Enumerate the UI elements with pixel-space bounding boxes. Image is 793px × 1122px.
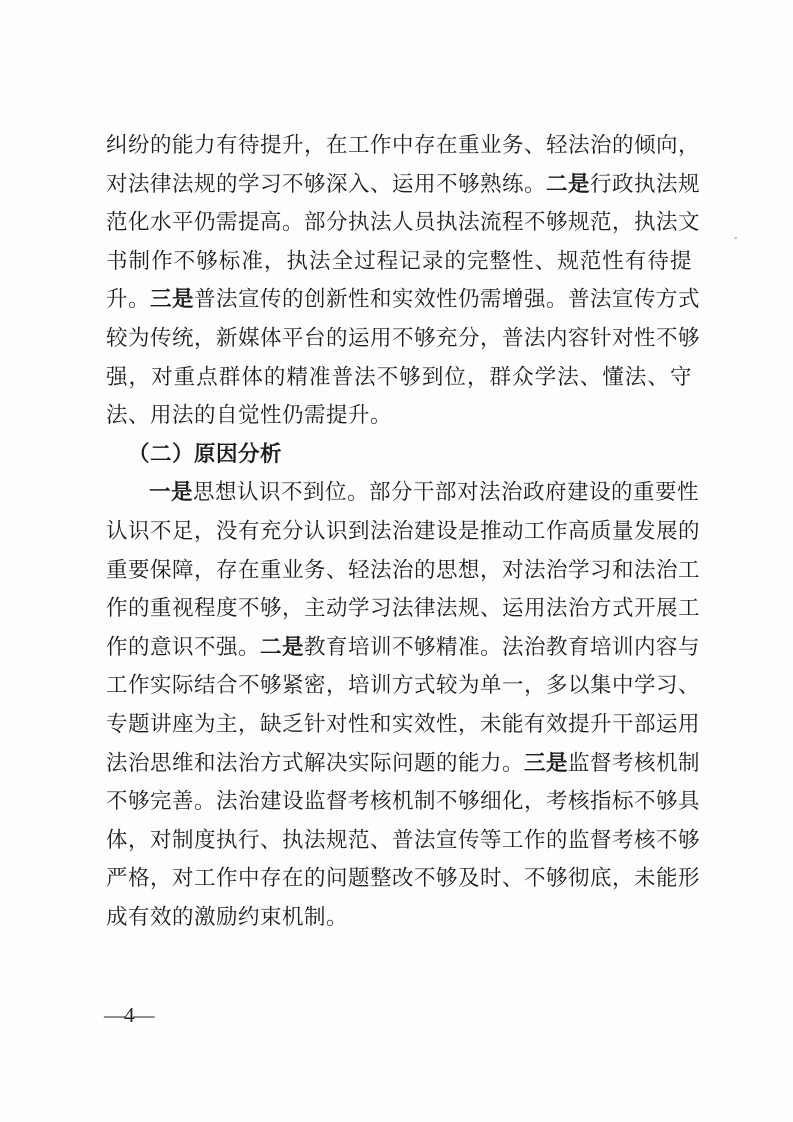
bold-lead-phrase: 三是 <box>150 287 194 312</box>
text-run: 书制作不够标准，执法全过程记录的完整性、规范性有待提 <box>106 249 692 274</box>
text-run: 教育培训不够精准。法治教育培训内容与 <box>304 635 700 660</box>
text-run: 法、用法的自觉性仍需提升。 <box>106 403 392 428</box>
text-run: 专题讲座为主，缺乏针对性和实效性，未能有效提升干部运用 <box>106 712 700 737</box>
text-line: 书制作不够标准，执法全过程记录的完整性、规范性有待提 <box>106 243 692 282</box>
text-run: 法治思维和法治方式解决实际问题的能力。 <box>106 751 524 776</box>
text-run: 作的重视程度不够，主动学习法律法规、运用法治方式开展工 <box>106 596 700 621</box>
bold-lead-phrase: 一是 <box>149 480 193 505</box>
text-run: 监督考核机制 <box>568 751 700 776</box>
text-run: 体，对制度执行、执法规范、普法宣传等工作的监督考核不够 <box>106 828 700 853</box>
text-line: 纠纷的能力有待提升，在工作中存在重业务、轻法治的倾向， <box>106 127 692 166</box>
document-page: 纠纷的能力有待提升，在工作中存在重业务、轻法治的倾向，对法律法规的学习不够深入、… <box>0 0 793 1122</box>
document-body: 纠纷的能力有待提升，在工作中存在重业务、轻法治的倾向，对法律法规的学习不够深入、… <box>106 127 692 937</box>
text-run: 重要保障，存在重业务、轻法治的思想，对法治学习和法治工 <box>106 558 700 583</box>
section-heading: （二）原因分析 <box>106 436 692 475</box>
text-run: 成有效的激励约束机制。 <box>106 905 348 930</box>
text-run: 行政执法规 <box>590 172 700 197</box>
text-run: 升。 <box>106 287 150 312</box>
text-run: 不够完善。法治建设监督考核机制不够细化，考核指标不够具 <box>106 789 700 814</box>
text-run: 作的意识不强。 <box>106 635 260 660</box>
text-line: 法、用法的自觉性仍需提升。 <box>106 397 692 436</box>
text-run: 思想认识不到位。部分干部对法治政府建设的重要性 <box>193 480 699 505</box>
page-number: —4— <box>104 1003 154 1028</box>
text-run: 普法宣传的创新性和实效性仍需增强。普法宣传方式 <box>194 287 700 312</box>
text-run: 工作实际结合不够紧密，培训方式较为单一，多以集中学习、 <box>106 673 700 698</box>
text-line: 严格，对工作中存在的问题整改不够及时、不够彻底，未能形 <box>106 860 692 899</box>
text-line: 专题讲座为主，缺乏针对性和实效性，未能有效提升干部运用 <box>106 706 692 745</box>
text-line: 作的重视程度不够，主动学习法律法规、运用法治方式开展工 <box>106 590 692 629</box>
text-run: 强，对重点群体的精准普法不够到位，群众学法、懂法、守 <box>106 365 692 390</box>
bold-lead-phrase: 二是 <box>546 172 590 197</box>
text-line: 范化水平仍需提高。部分执法人员执法流程不够规范，执法文 <box>106 204 692 243</box>
text-run: 较为传统，新媒体平台的运用不够充分，普法内容针对性不够 <box>106 326 700 351</box>
text-line: 体，对制度执行、执法规范、普法宣传等工作的监督考核不够 <box>106 822 692 861</box>
text-line: 一是思想认识不到位。部分干部对法治政府建设的重要性 <box>106 474 692 513</box>
text-run: 认识不足，没有充分认识到法治建设是推动工作高质量发展的 <box>106 519 700 544</box>
text-line: 升。三是普法宣传的创新性和实效性仍需增强。普法宣传方式 <box>106 281 692 320</box>
text-line: 强，对重点群体的精准普法不够到位，群众学法、懂法、守 <box>106 359 692 398</box>
text-line: 工作实际结合不够紧密，培训方式较为单一，多以集中学习、 <box>106 667 692 706</box>
text-run: 纠纷的能力有待提升，在工作中存在重业务、轻法治的倾向， <box>106 133 700 158</box>
text-line: 对法律法规的学习不够深入、运用不够熟练。二是行政执法规 <box>106 166 692 205</box>
text-line: 重要保障，存在重业务、轻法治的思想，对法治学习和法治工 <box>106 552 692 591</box>
text-line: 较为传统，新媒体平台的运用不够充分，普法内容针对性不够 <box>106 320 692 359</box>
text-line: 作的意识不强。二是教育培训不够精准。法治教育培训内容与 <box>106 629 692 668</box>
text-line: 成有效的激励约束机制。 <box>106 899 692 938</box>
bold-lead-phrase: 三是 <box>524 751 568 776</box>
text-line: 法治思维和法治方式解决实际问题的能力。三是监督考核机制 <box>106 745 692 784</box>
text-run: 严格，对工作中存在的问题整改不够及时、不够彻底，未能形 <box>106 866 700 891</box>
scan-speck <box>734 237 737 239</box>
bold-lead-phrase: 二是 <box>260 635 304 660</box>
text-line: 认识不足，没有充分认识到法治建设是推动工作高质量发展的 <box>106 513 692 552</box>
text-run: 范化水平仍需提高。部分执法人员执法流程不够规范，执法文 <box>106 210 700 235</box>
text-line: 不够完善。法治建设监督考核机制不够细化，考核指标不够具 <box>106 783 692 822</box>
text-run: 对法律法规的学习不够深入、运用不够熟练。 <box>106 172 546 197</box>
